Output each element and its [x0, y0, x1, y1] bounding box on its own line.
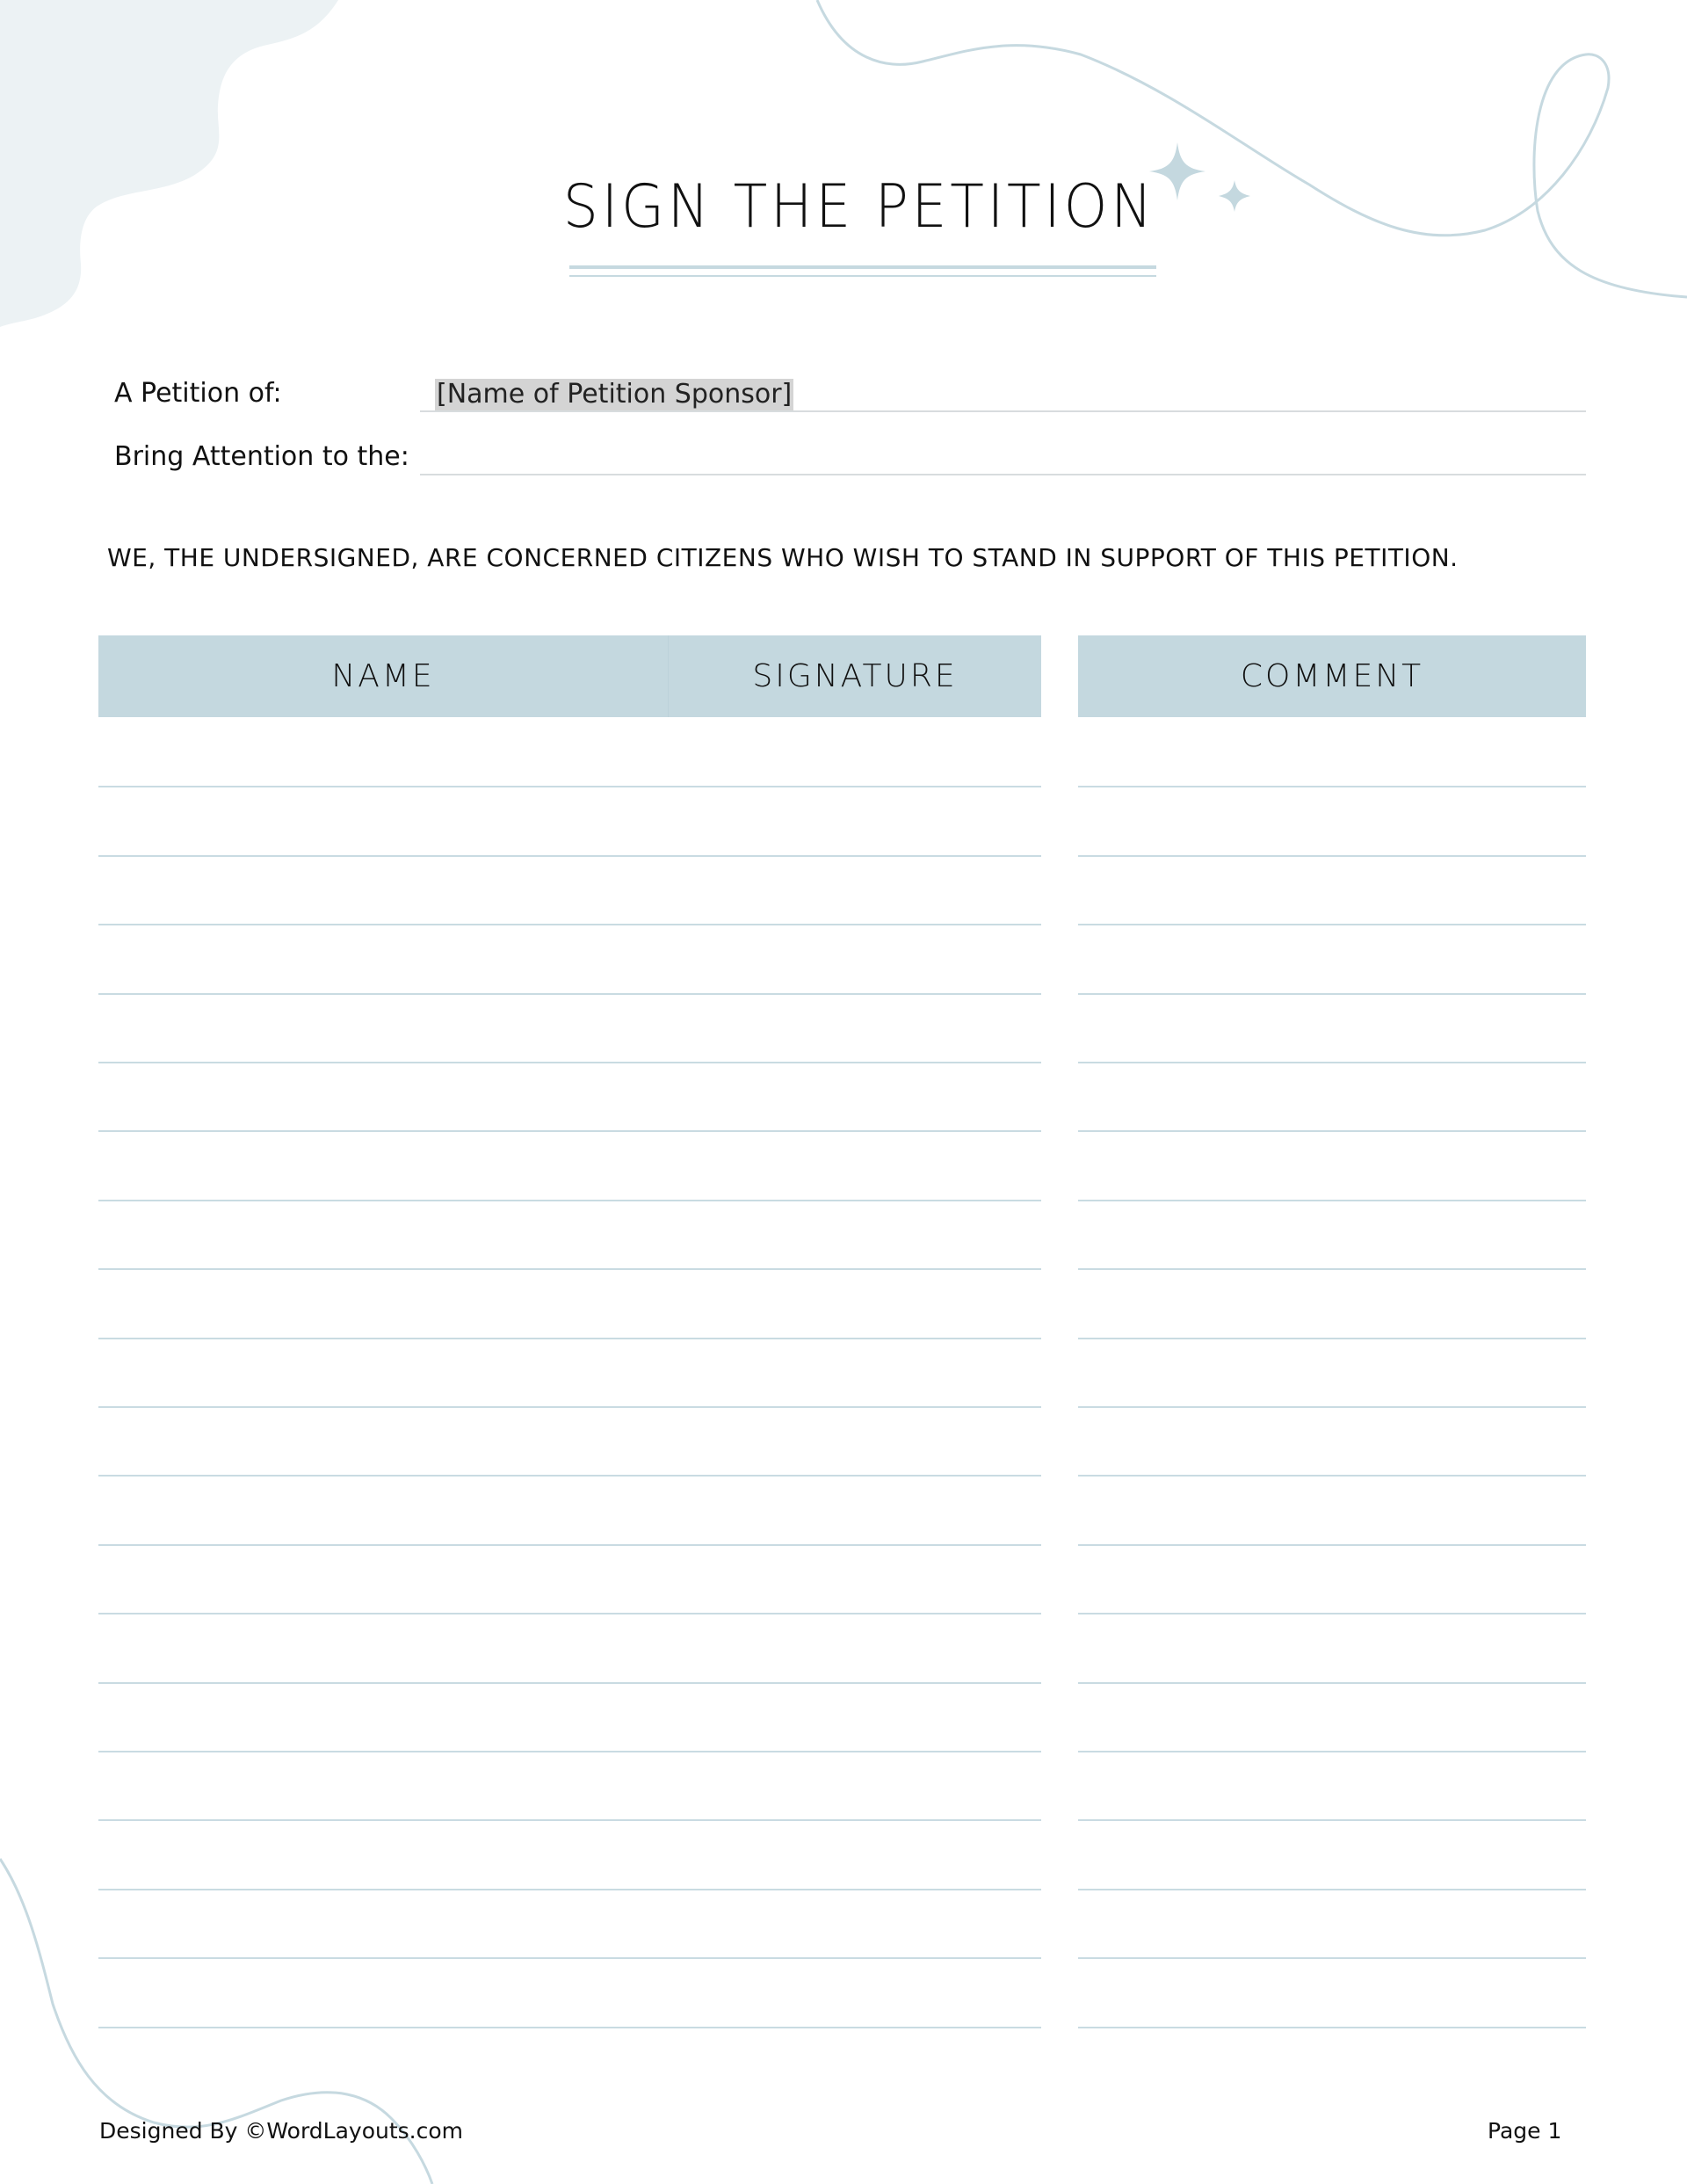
- comment-cell[interactable]: [1078, 1751, 1586, 1819]
- name-cell[interactable]: [98, 1062, 668, 1130]
- signature-cell[interactable]: [668, 1406, 1041, 1475]
- title-underline: [569, 265, 1156, 269]
- bring-attention-label: Bring Attention to the:: [114, 441, 409, 472]
- page-number: Page 1: [1488, 2118, 1561, 2144]
- comment-cell[interactable]: [1078, 1613, 1586, 1682]
- column-header-comment: COMMENT: [1078, 635, 1586, 717]
- comment-cell[interactable]: [1078, 1819, 1586, 1889]
- signature-cell[interactable]: [668, 1544, 1041, 1613]
- signature-cell[interactable]: [668, 1682, 1041, 1751]
- petition-sponsor-underline: [420, 410, 1586, 412]
- signature-cell[interactable]: [668, 1819, 1041, 1889]
- name-cell[interactable]: [98, 1338, 668, 1406]
- swirl-top-right: [817, 0, 1687, 297]
- name-cell[interactable]: [98, 1957, 668, 2027]
- name-cell[interactable]: [98, 1819, 668, 1889]
- name-cell[interactable]: [98, 993, 668, 1062]
- name-cell[interactable]: [98, 924, 668, 993]
- bring-attention-field[interactable]: [420, 439, 1586, 475]
- comment-cell[interactable]: [1078, 1682, 1586, 1751]
- name-cell[interactable]: [98, 855, 668, 924]
- comment-cell[interactable]: [1078, 924, 1586, 993]
- page-title: SIGN THE PETITION: [60, 172, 1658, 242]
- footer-credit: Designed By ©WordLayouts.com: [99, 2118, 463, 2144]
- name-cell[interactable]: [98, 1889, 668, 1957]
- signature-cell[interactable]: [668, 717, 1041, 786]
- comment-cell[interactable]: [1078, 1406, 1586, 1475]
- petition-of-label: A Petition of:: [114, 378, 282, 409]
- name-cell[interactable]: [98, 1268, 668, 1338]
- name-cell[interactable]: [98, 1751, 668, 1819]
- comment-cell[interactable]: [1078, 1544, 1586, 1613]
- petition-sponsor-field[interactable]: [Name of Petition Sponsor]: [435, 379, 793, 410]
- petition-statement: WE, THE UNDERSIGNED, ARE CONCERNED CITIZ…: [107, 543, 1459, 572]
- comment-cell[interactable]: [1078, 1957, 1586, 2027]
- comment-cell[interactable]: [1078, 717, 1586, 786]
- name-cell[interactable]: [98, 1544, 668, 1613]
- comment-cell[interactable]: [1078, 1062, 1586, 1130]
- signature-cell[interactable]: [668, 1268, 1041, 1338]
- name-cell[interactable]: [98, 717, 668, 786]
- table-header-right: COMMENT: [1078, 635, 1586, 717]
- row-line: [98, 2027, 1041, 2028]
- comment-cell[interactable]: [1078, 1475, 1586, 1544]
- signature-cell[interactable]: [668, 1062, 1041, 1130]
- signature-cell[interactable]: [668, 1130, 1041, 1200]
- signature-cell[interactable]: [668, 1338, 1041, 1406]
- signature-cell[interactable]: [668, 1200, 1041, 1268]
- signature-cell[interactable]: [668, 1957, 1041, 2027]
- signature-cell[interactable]: [668, 1475, 1041, 1544]
- signature-cell[interactable]: [668, 855, 1041, 924]
- signature-cell[interactable]: [668, 1751, 1041, 1819]
- table-header-left: NAME SIGNATURE: [98, 635, 1041, 717]
- corner-blob: [0, 0, 338, 327]
- signature-cell[interactable]: [668, 993, 1041, 1062]
- signature-cell[interactable]: [668, 1889, 1041, 1957]
- name-cell[interactable]: [98, 1130, 668, 1200]
- name-cell[interactable]: [98, 1682, 668, 1751]
- column-header-name: NAME: [98, 635, 668, 717]
- name-cell[interactable]: [98, 1406, 668, 1475]
- comment-cell[interactable]: [1078, 1200, 1586, 1268]
- comment-cell[interactable]: [1078, 993, 1586, 1062]
- name-cell[interactable]: [98, 1475, 668, 1544]
- comment-cell[interactable]: [1078, 786, 1586, 855]
- comment-cell[interactable]: [1078, 1268, 1586, 1338]
- comment-cell[interactable]: [1078, 1889, 1586, 1957]
- column-header-signature: SIGNATURE: [669, 635, 1041, 717]
- bring-attention-underline: [420, 474, 1586, 475]
- comment-cell[interactable]: [1078, 1338, 1586, 1406]
- name-cell[interactable]: [98, 786, 668, 855]
- title-underline-thin: [569, 275, 1156, 277]
- comment-cell[interactable]: [1078, 855, 1586, 924]
- comment-cell[interactable]: [1078, 1130, 1586, 1200]
- signature-cell[interactable]: [668, 786, 1041, 855]
- name-cell[interactable]: [98, 1200, 668, 1268]
- signature-cell[interactable]: [668, 1613, 1041, 1682]
- row-line: [1078, 2027, 1586, 2028]
- name-cell[interactable]: [98, 1613, 668, 1682]
- signature-cell[interactable]: [668, 924, 1041, 993]
